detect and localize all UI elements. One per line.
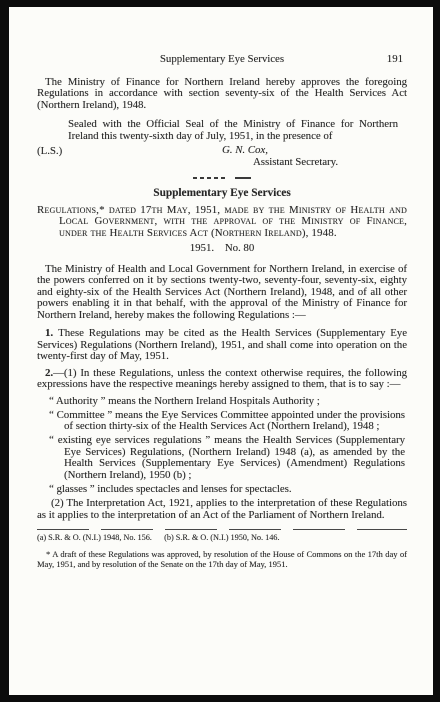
divider-dotted-segment — [193, 177, 227, 179]
approval-paragraph: The Ministry of Finance for Northern Ire… — [37, 77, 407, 112]
definition-authority: “ Authority ” means the Northern Ireland… — [49, 396, 405, 408]
divider-solid-segment — [235, 177, 251, 179]
signature-block: (L.S.) G. N. Cox, Assistant Secretary. — [37, 145, 407, 170]
scanned-page-frame: Supplementary Eye Services 191 The Minis… — [0, 0, 440, 702]
regulation-2-intro-text: —(1) In these Regulations, unless the co… — [37, 367, 407, 391]
running-header-title: Supplementary Eye Services — [160, 53, 284, 65]
section-divider — [37, 177, 407, 179]
seal-mark: (L.S.) — [37, 146, 62, 158]
definition-glasses: “ glasses ” includes spectacles and lens… — [49, 484, 405, 496]
regulation-2-intro: 2.—(1) In these Regulations, unless the … — [37, 368, 407, 391]
document-page: Supplementary Eye Services 191 The Minis… — [9, 7, 433, 569]
regulation-1: 1.These Regulations may be cited as the … — [37, 328, 407, 363]
footnote-rule — [37, 529, 407, 530]
instrument-number: 1951. No. 80 — [37, 243, 407, 255]
section-title: Supplementary Eye Services — [37, 188, 407, 200]
definitions-list: “ Authority ” means the Northern Ireland… — [49, 396, 407, 496]
interpretation-paragraph: (2) The Interpretation Act, 1921, applie… — [37, 498, 407, 521]
regulation-2-number: 2. — [45, 367, 53, 379]
regulation-1-number: 1. — [45, 327, 53, 339]
regulation-1-text: These Regulations may be cited as the He… — [37, 327, 407, 362]
definition-existing-eye-services-regulations: “ existing eye services regulations ” me… — [49, 435, 405, 481]
footnote-draft-note: * A draft of these Regulations was appro… — [37, 549, 407, 569]
signatory-name: G. N. Cox, — [222, 145, 268, 157]
definition-committee: “ Committee ” means the Eye Services Com… — [49, 410, 405, 433]
enacting-paragraph: The Ministry of Health and Local Governm… — [37, 264, 407, 322]
regulations-preamble: Regulations,* dated 17th May, 1951, made… — [37, 205, 407, 240]
signatory-title: Assistant Secretary. — [253, 157, 338, 169]
footnote-references: (a) S.R. & O. (N.I.) 1948, No. 156. (b) … — [37, 533, 407, 543]
running-header: Supplementary Eye Services 191 — [37, 54, 407, 66]
sealed-paragraph: Sealed with the Official Seal of the Min… — [68, 119, 398, 142]
page-number: 191 — [387, 54, 403, 66]
